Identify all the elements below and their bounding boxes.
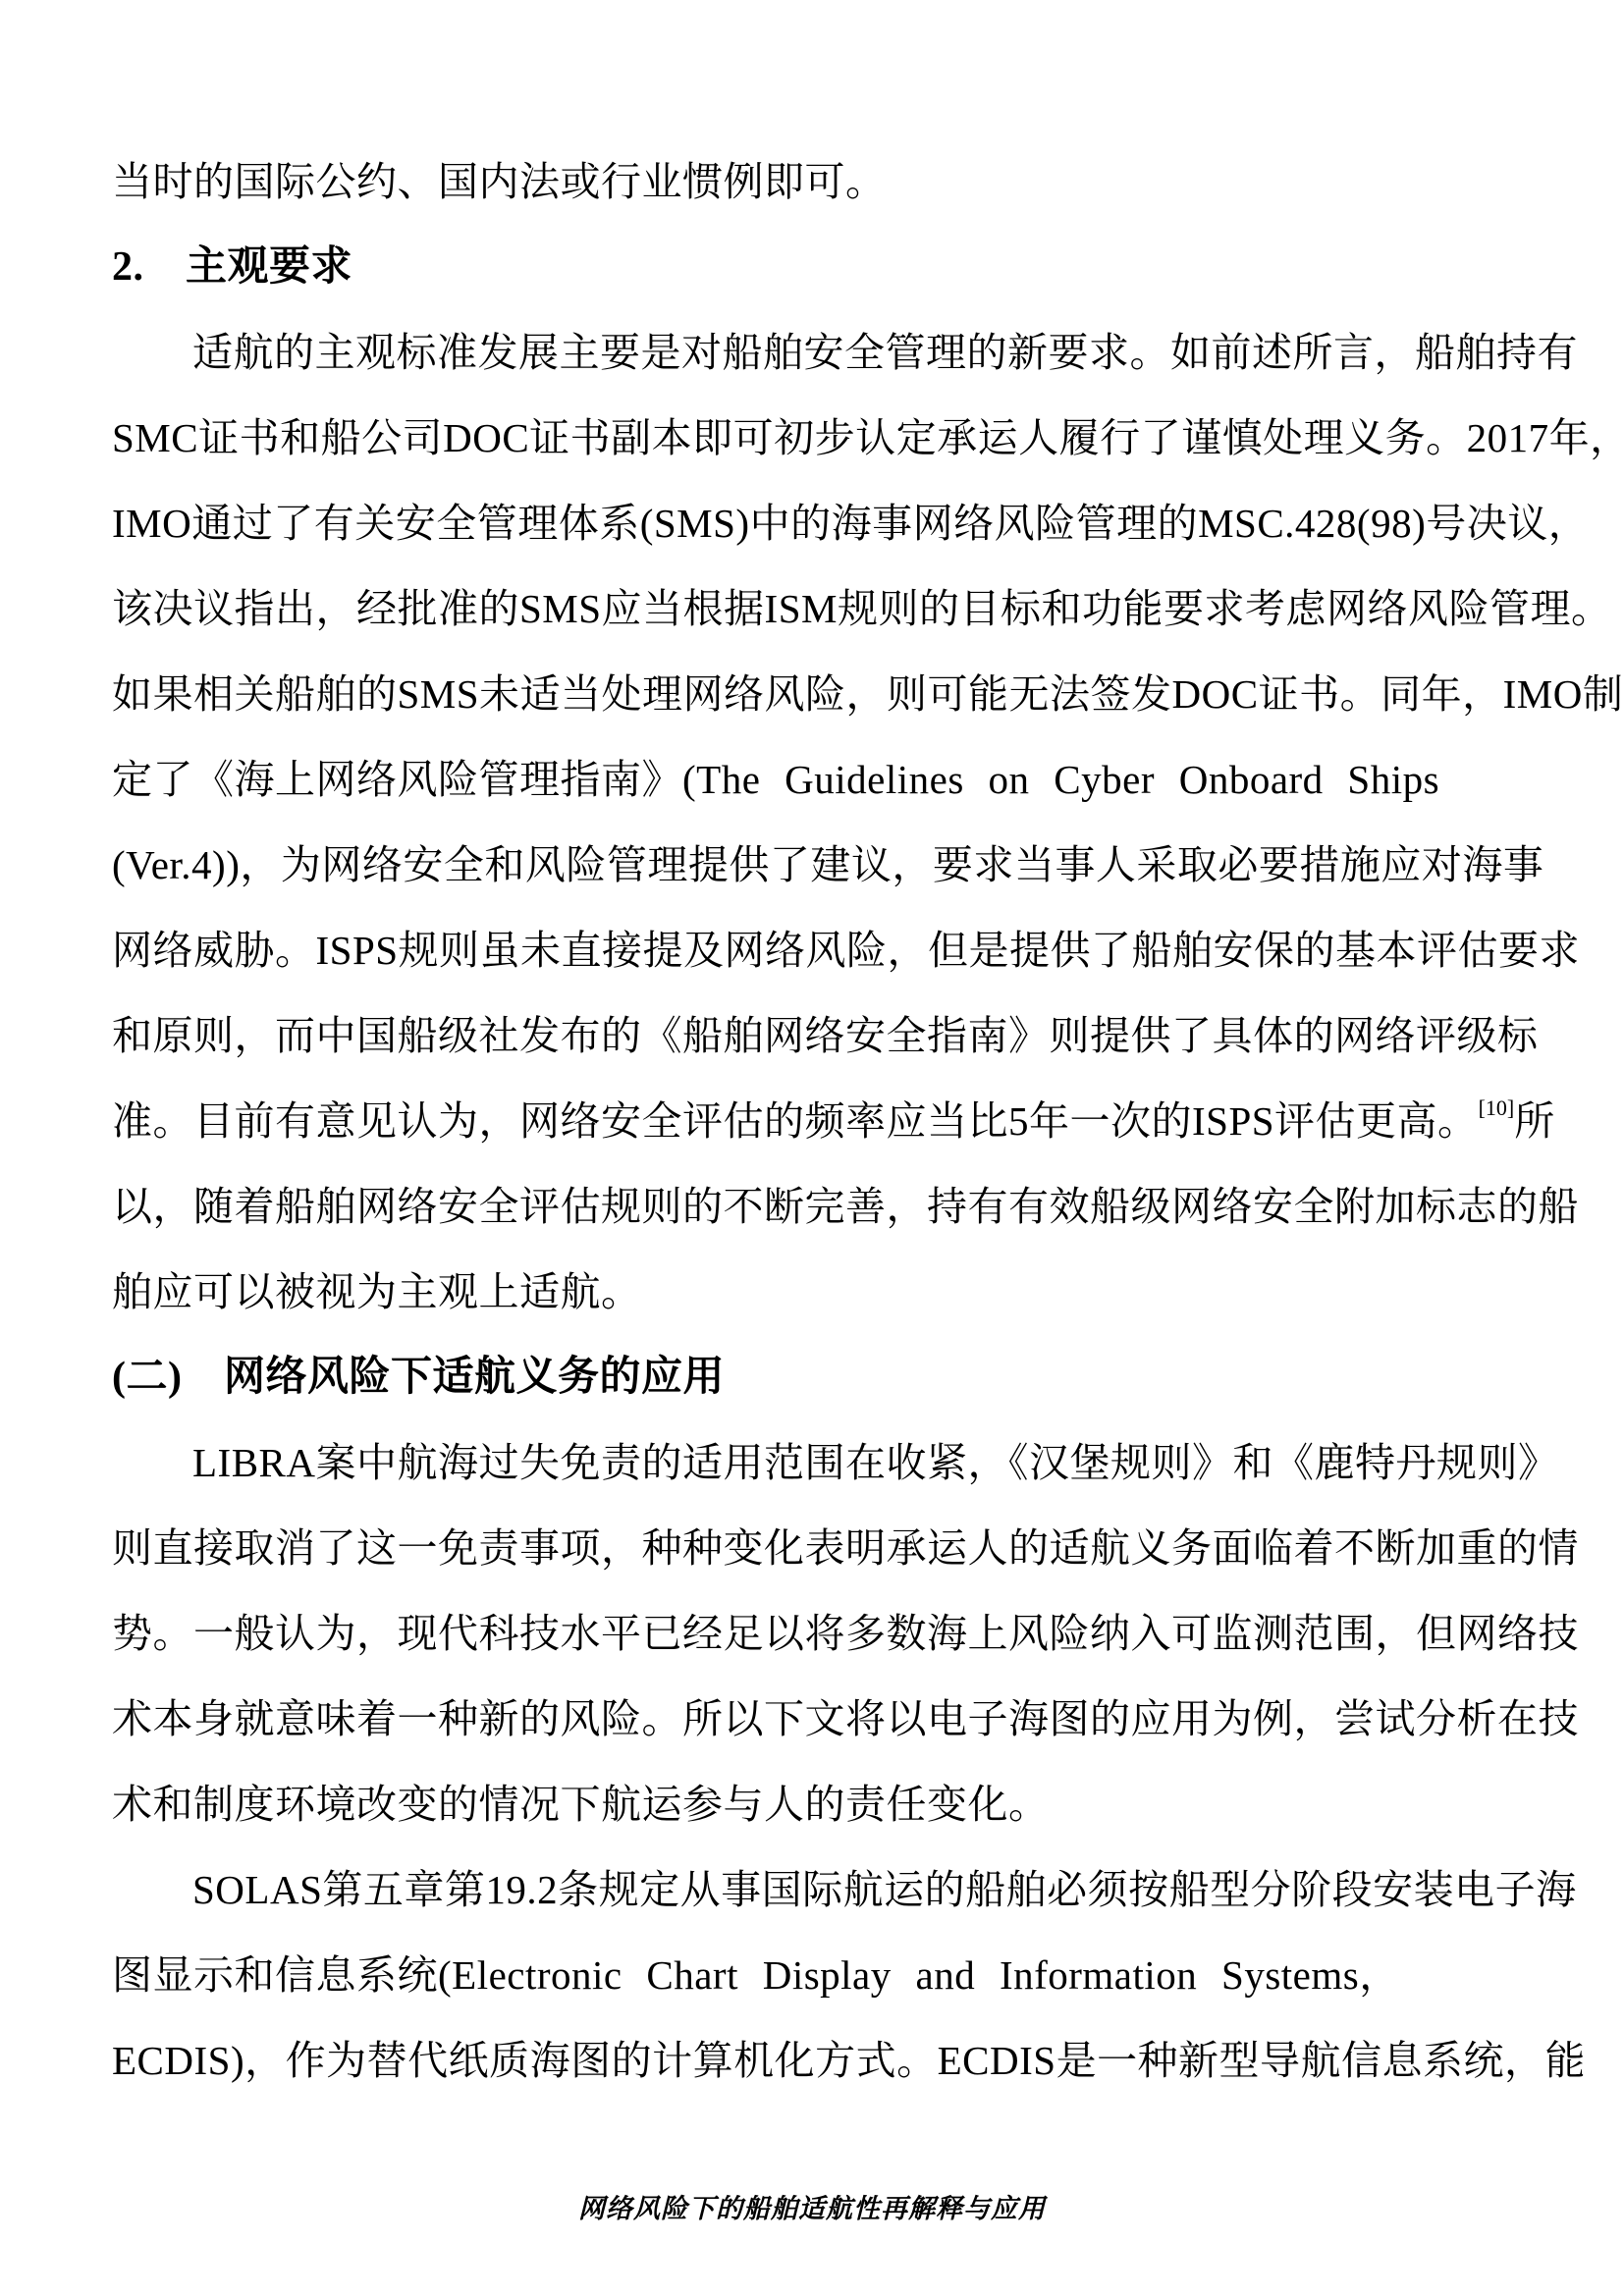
text-line-15: (二) 网络风险下适航义务的应用 bbox=[112, 1335, 1516, 1420]
text-line-4: SMC证书和船公司DOC证书副本即可初步认定承运人履行了谨慎处理义务。2017年… bbox=[112, 396, 1516, 481]
text-segment: SMC证书和船公司DOC证书副本即可初步认定承运人履行了谨慎处理义务。2017年… bbox=[112, 415, 1624, 460]
text-line-14: 舶应可以被视为主观上适航。 bbox=[112, 1250, 1516, 1335]
text-segment: 势。一般认为，现代科技水平已经足以将多数海上风险纳入可监测范围，但网络技 bbox=[112, 1611, 1579, 1656]
text-segment: (Ver.4))，为网络安全和风险管理提供了建议，要求当事人采取必要措施应对海事 bbox=[112, 842, 1543, 887]
text-segment: 适航的主观标准发展主要是对船舶安全管理的新要求。如前述所言，船舶持有 bbox=[192, 330, 1578, 375]
text-line-13: 以，随着船舶网络安全评估规则的不断完善，持有有效船级网络安全附加标志的船 bbox=[112, 1164, 1516, 1250]
text-line-7: 如果相关船舶的SMS未适当处理网络风险，则可能无法签发DOC证书。同年，IMO制 bbox=[112, 652, 1516, 737]
document-page: 当时的国际公约、国内法或行业惯例即可。2. 主观要求适航的主观标准发展主要是对船… bbox=[0, 0, 1624, 2296]
text-line-12: 准。目前有意见认为，网络安全评估的频率应当比5年一次的ISPS评估更高。[10]… bbox=[112, 1079, 1516, 1164]
text-segment: 术本身就意味着一种新的风险。所以下文将以电子海图的应用为例，尝试分析在技 bbox=[112, 1696, 1579, 1741]
text-line-6: 该决议指出，经批准的SMS应当根据ISM规则的目标和功能要求考虑网络风险管理。 bbox=[112, 566, 1516, 652]
text-segment: 所 bbox=[1514, 1098, 1555, 1144]
text-line-21: SOLAS第五章第19.2条规定从事国际航运的船舶必须按船型分阶段安装电子海 bbox=[112, 1847, 1516, 1933]
text-line-3: 适航的主观标准发展主要是对船舶安全管理的新要求。如前述所言，船舶持有 bbox=[112, 310, 1516, 396]
text-segment: SOLAS第五章第19.2条规定从事国际航运的船舶必须按船型分阶段安装电子海 bbox=[192, 1867, 1577, 1912]
text-line-17: 则直接取消了这一免责事项，种种变化表明承运人的适航义务面临着不断加重的情 bbox=[112, 1506, 1516, 1591]
text-line-9: (Ver.4))，为网络安全和风险管理提供了建议，要求当事人采取必要措施应对海事 bbox=[112, 823, 1516, 908]
text-segment: 当时的国际公约、国内法或行业惯例即可。 bbox=[112, 159, 887, 204]
text-segment: 和原则，而中国船级社发布的《船舶网络安全指南》则提供了具体的网络评级标 bbox=[112, 1013, 1539, 1058]
text-segment: 网络威胁。ISPS规则虽未直接提及网络风险，但是提供了船舶安保的基本评估要求 bbox=[112, 928, 1580, 973]
text-segment: 术和制度环境改变的情况下航运参与人的责任变化。 bbox=[112, 1782, 1050, 1827]
page-footer-title: 网络风险下的船舶适航性再解释与应用 bbox=[0, 2187, 1624, 2225]
text-segment: 2. 主观要求 bbox=[112, 244, 352, 290]
text-line-8: 定了《海上网络风险管理指南》(The Guidelines on Cyber O… bbox=[112, 737, 1516, 823]
text-line-18: 势。一般认为，现代科技水平已经足以将多数海上风险纳入可监测范围，但网络技 bbox=[112, 1591, 1516, 1677]
text-segment: 如果相关船舶的SMS未适当处理网络风险，则可能无法签发DOC证书。同年，IMO制 bbox=[112, 671, 1623, 717]
text-segment: 以，随着船舶网络安全评估规则的不断完善，持有有效船级网络安全附加标志的船 bbox=[112, 1184, 1579, 1229]
text-segment: (二) 网络风险下适航义务的应用 bbox=[112, 1355, 725, 1400]
text-line-20: 术和制度环境改变的情况下航运参与人的责任变化。 bbox=[112, 1762, 1516, 1847]
text-segment: 舶应可以被视为主观上适航。 bbox=[112, 1269, 642, 1314]
text-line-11: 和原则，而中国船级社发布的《船舶网络安全指南》则提供了具体的网络评级标 bbox=[112, 993, 1516, 1079]
text-line-23: ECDIS)，作为替代纸质海图的计算机化方式。ECDIS是一种新型导航信息系统，… bbox=[112, 2018, 1516, 2104]
footnote-ref: [10] bbox=[1479, 1095, 1515, 1120]
text-line-22: 图显示和信息系统(Electronic Chart Display and In… bbox=[112, 1933, 1516, 2018]
text-segment: 定了《海上网络风险管理指南》(The Guidelines on Cyber O… bbox=[112, 757, 1439, 802]
text-segment: ECDIS)，作为替代纸质海图的计算机化方式。ECDIS是一种新型导航信息系统，… bbox=[112, 2038, 1586, 2083]
text-line-10: 网络威胁。ISPS规则虽未直接提及网络风险，但是提供了船舶安保的基本评估要求 bbox=[112, 908, 1516, 993]
text-segment: LIBRA案中航海过失免责的适用范围在收紧，《汉堡规则》和《鹿特丹规则》 bbox=[192, 1440, 1559, 1485]
text-segment: 准。目前有意见认为，网络安全评估的频率应当比5年一次的ISPS评估更高。 bbox=[112, 1098, 1479, 1144]
text-line-2: 2. 主观要求 bbox=[112, 225, 1516, 310]
text-segment: 则直接取消了这一免责事项，种种变化表明承运人的适航义务面临着不断加重的情 bbox=[112, 1525, 1579, 1571]
text-line-5: IMO通过了有关安全管理体系(SMS)中的海事网络风险管理的MSC.428(98… bbox=[112, 481, 1516, 566]
text-line-1: 当时的国际公约、国内法或行业惯例即可。 bbox=[112, 139, 1516, 225]
text-segment: IMO通过了有关安全管理体系(SMS)中的海事网络风险管理的MSC.428(98… bbox=[112, 501, 1589, 546]
text-line-16: LIBRA案中航海过失免责的适用范围在收紧，《汉堡规则》和《鹿特丹规则》 bbox=[112, 1420, 1516, 1506]
document-body: 当时的国际公约、国内法或行业惯例即可。2. 主观要求适航的主观标准发展主要是对船… bbox=[112, 139, 1516, 2104]
text-line-19: 术本身就意味着一种新的风险。所以下文将以电子海图的应用为例，尝试分析在技 bbox=[112, 1677, 1516, 1762]
text-segment: 该决议指出，经批准的SMS应当根据ISM规则的目标和功能要求考虑网络风险管理。 bbox=[112, 586, 1611, 631]
text-segment: 图显示和信息系统(Electronic Chart Display and In… bbox=[112, 1952, 1400, 1998]
